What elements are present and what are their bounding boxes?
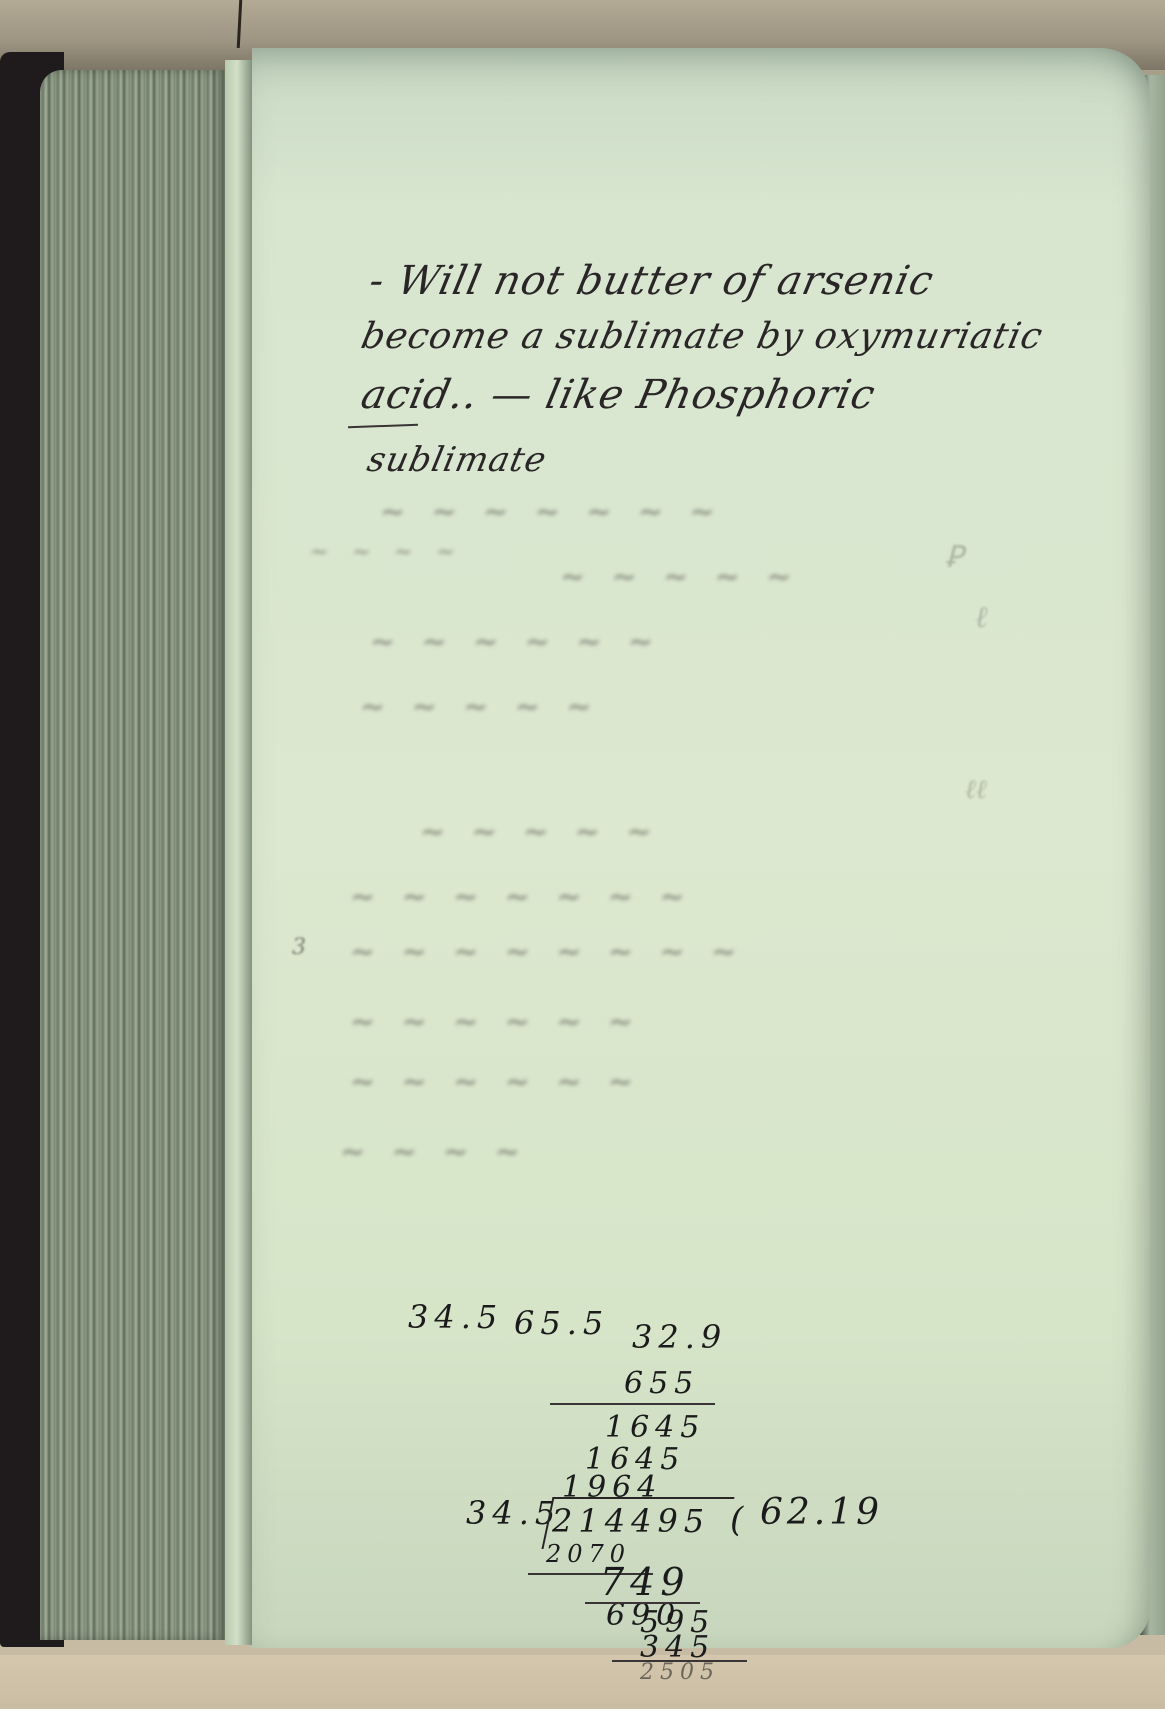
blot-line: ~ ~ ~ ~ ~ [420, 815, 659, 850]
note-line-4: sublimate [364, 440, 551, 480]
note-line-3: acid.. — like Phosphoric [357, 372, 880, 418]
blot-line: ~ ~ ~ ~ ~ ~ [370, 625, 661, 660]
blot-line: ~ ~ ~ ~ [340, 1135, 528, 1170]
blot-line: ~ ~ ~ ~ ~ [560, 560, 799, 595]
right-margin-mark: ℓℓ [965, 775, 987, 805]
table-surface-bottom [0, 1655, 1165, 1709]
page-stack-edge [40, 70, 225, 1640]
blot-line: ~ ~ ~ ~ ~ ~ ~ [350, 880, 693, 915]
blot-line: ~ ~ ~ ~ ~ ~ [350, 1065, 641, 1100]
calc-dividend: 214495 [552, 1502, 710, 1540]
calc-value-2: 65.5 [514, 1304, 609, 1342]
blot-line: ~ ~ ~ ~ ~ ~ ~ ~ [350, 935, 744, 970]
calc-rule [585, 1602, 700, 1604]
right-margin-mark: Ꝑ [945, 540, 963, 575]
blot-line: ~ ~ ~ ~ [310, 540, 463, 565]
blot-line: ~ ~ ~ ~ ~ ~ [350, 1005, 641, 1040]
calc-value-3: 32.9 [632, 1318, 727, 1356]
calc-rule [550, 1403, 715, 1405]
calc-quotient: 62.19 [760, 1492, 883, 1533]
note-line-2: become a sublimate by oxymuriatic [358, 316, 1047, 357]
calc-value-1: 34.5 [408, 1298, 503, 1336]
calc-partial-1: 1645 [605, 1410, 705, 1445]
blot-line: ~ ~ ~ ~ ~ ~ ~ [380, 495, 723, 530]
calc-remainder-3: 2505 [640, 1660, 720, 1685]
left-margin-numeral: 3 [292, 935, 306, 960]
calc-multiplier: 655 [624, 1366, 699, 1401]
note-line-1: - Will not butter of arsenic [365, 258, 938, 304]
blot-line: ~ ~ ~ ~ ~ [360, 690, 599, 725]
right-margin-mark: ℓ [975, 600, 988, 635]
quotient-paren: ( [730, 1500, 749, 1540]
page-gutter [225, 60, 255, 1645]
